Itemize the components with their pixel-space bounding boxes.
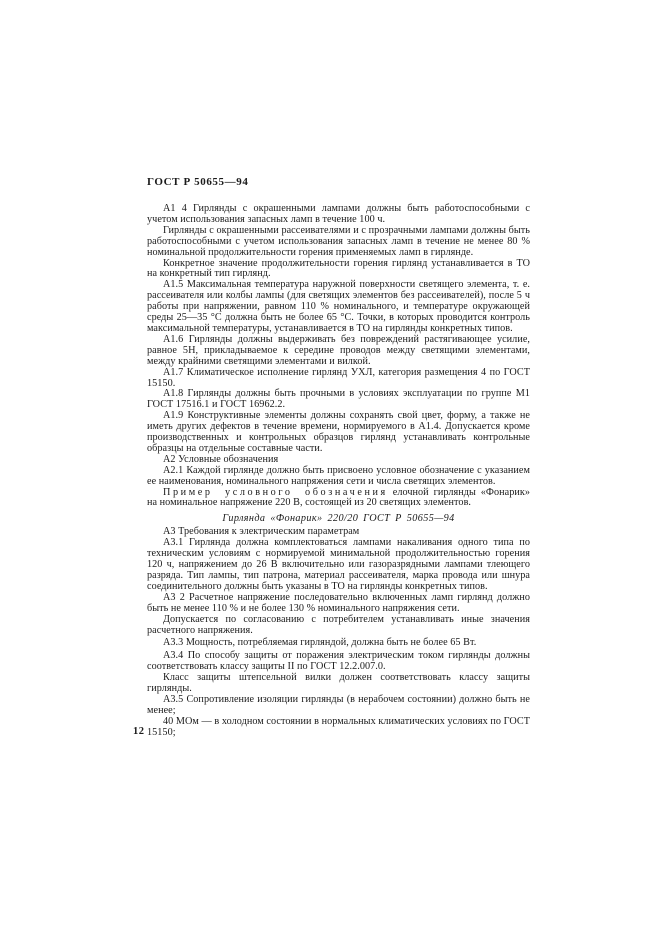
paragraph-a3-2-cont: Допускается по согласованию с потребител… xyxy=(147,615,530,637)
paragraph-a3-4: А3.4 По способу защиты от поражения элек… xyxy=(147,651,530,673)
paragraph-a1-4-cont: Гирлянды с окрашенными рассеивателями и … xyxy=(147,226,530,259)
paragraph-a1-4-note: Конкретное значение продолжительности го… xyxy=(147,259,530,281)
paragraph-a1-6: А1.6 Гирлянды должны выдерживать без пов… xyxy=(147,335,530,368)
paragraph-a3-1: А3.1 Гирлянда должна комплектоваться лам… xyxy=(147,538,530,593)
document-page: ГОСТ Р 50655—94 А1 4 Гирлянды с окрашенн… xyxy=(0,0,661,935)
paragraph-a2-1: А2.1 Каждой гирлянде должно быть присвое… xyxy=(147,466,530,488)
paragraph-a1-9: А1.9 Конструктивные элементы должны сохр… xyxy=(147,411,530,455)
paragraph-designation: Гирлянда «Фонарик» 220/20 ГОСТ Р 50655—9… xyxy=(147,513,530,524)
page-number: 12 xyxy=(133,726,145,737)
page-header: ГОСТ Р 50655—94 xyxy=(147,176,530,188)
paragraph-a3-3: А3.3 Мощность, потребляемая гирляндой, д… xyxy=(147,638,530,649)
paragraph-a1-8: А1.8 Гирлянды должны быть прочными в усл… xyxy=(147,389,530,411)
paragraph-a3-4-cont: Класс защиты штепсельной вилки должен со… xyxy=(147,673,530,695)
paragraph-a3-2: А3 2 Расчетное напряжение последовательн… xyxy=(147,593,530,615)
paragraph-a1-7: А1.7 Климатическое исполнение гирлянд УХ… xyxy=(147,368,530,390)
paragraph-a1-4: А1 4 Гирлянды с окрашенными лампами долж… xyxy=(147,204,530,226)
example-lead-text: Пример условного обозначения xyxy=(163,487,388,498)
paragraph-a3-5-item: 40 МОм — в холодном состоянии в нормальн… xyxy=(147,717,530,739)
paragraph-a3-5: А3.5 Сопротивление изоляции гирлянды (в … xyxy=(147,695,530,717)
text-block: ГОСТ Р 50655—94 А1 4 Гирлянды с окрашенн… xyxy=(147,176,530,739)
paragraph-example: Пример условного обозначения елочной гир… xyxy=(147,488,530,510)
paragraph-a1-5: А1.5 Максимальная температура наружной п… xyxy=(147,280,530,335)
